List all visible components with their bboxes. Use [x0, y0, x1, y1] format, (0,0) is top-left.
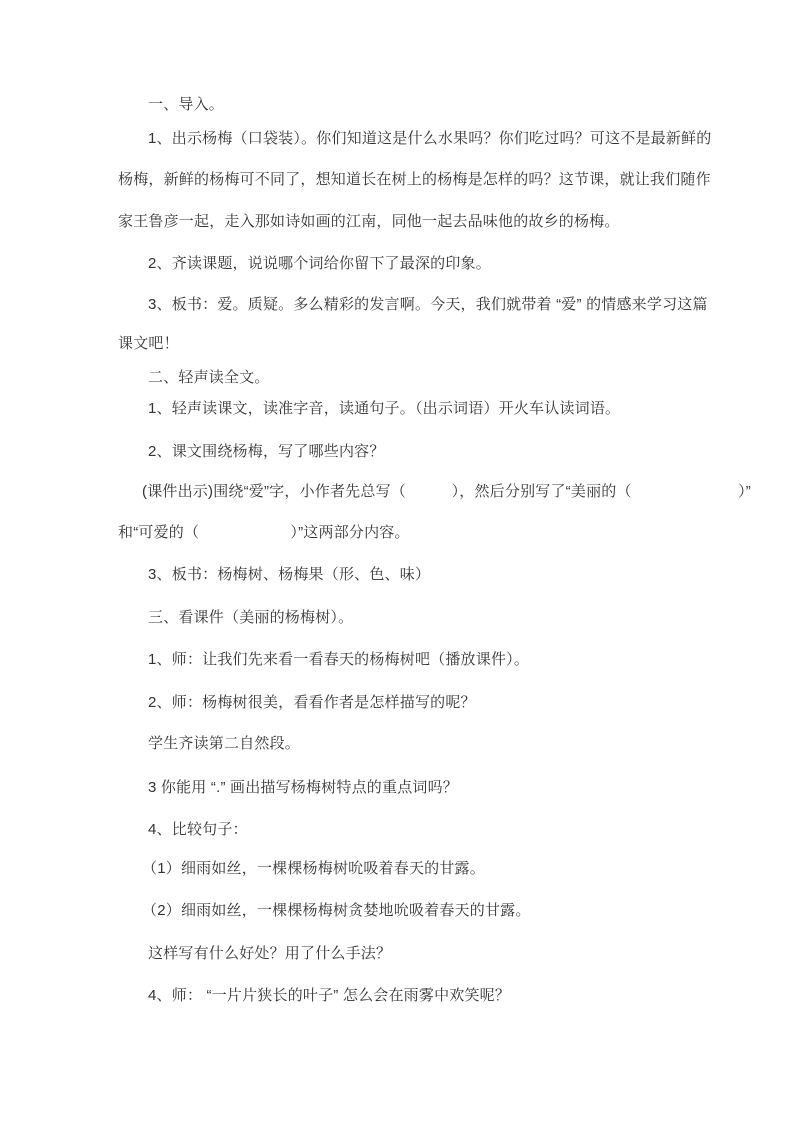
- text-line: 和“可爱的（ ）”这两部分内容。: [118, 522, 410, 544]
- text-line: 学生齐读第二自然段。: [148, 733, 300, 755]
- text-line: 家王鲁彦一起，走入那如诗如画的江南，同他一起去品味他的故乡的杨梅。: [118, 211, 620, 233]
- text-line: 3、板书：爱。质疑。多么精彩的发言啊。今天，我们就带着 “爱” 的情感来学习这篇: [148, 294, 708, 316]
- text-line: 2、齐读课题，说说哪个词给你留下了最深的印象。: [148, 253, 491, 275]
- document-page: 一、导入。1、出示杨梅（口袋装）。你们知道这是什么水果吗？你们吃过吗？可这不是最…: [0, 0, 800, 1132]
- text-line: 1、轻声读课文，读准字音，读通句子。（出示词语）开火车认读词语。: [148, 398, 620, 420]
- text-line: 杨梅，新鲜的杨梅可不同了，想知道长在树上的杨梅是怎样的吗？这节课，就让我们随作: [118, 169, 711, 191]
- text-line: 3 你能用 “.” 画出描写杨梅树特点的重点词吗？: [148, 777, 458, 799]
- text-line: 4、比较句子：: [148, 819, 248, 841]
- text-line: （2）细雨如丝，一棵棵杨梅树贪婪地吮吸着春天的甘露。: [142, 900, 531, 922]
- text-line: 3、板书：杨梅树、杨梅果（形、色、味）: [148, 564, 430, 586]
- text-line: 一、导入。: [148, 94, 224, 116]
- text-line: 三、看课件（美丽的杨梅树）。: [148, 607, 353, 629]
- text-line: 2、课文围绕杨梅，写了哪些内容？: [148, 441, 385, 463]
- text-line: 课文吧！: [118, 333, 179, 355]
- text-line: (课件出示)围绕“爱”字，小作者先总写（ ），然后分别写了“美丽的（ ）”: [142, 481, 751, 503]
- text-line: 这样写有什么好处？用了什么手法？: [148, 943, 391, 965]
- text-line: 4、师： “一片片狭长的叶子” 怎么会在雨雾中欢笑呢？: [148, 985, 510, 1007]
- text-line: 2、师：杨梅树很美，看看作者是怎样描写的呢？: [148, 692, 476, 714]
- text-line: （1）细雨如丝，一棵棵杨梅树吮吸着春天的甘露。: [142, 858, 485, 880]
- text-line: 1、师：让我们先来看一看春天的杨梅树吧（播放课件）。: [148, 649, 529, 671]
- text-line: 二、轻声读全文。: [148, 367, 270, 389]
- text-line: 1、出示杨梅（口袋装）。你们知道这是什么水果吗？你们吃过吗？可这不是最新鲜的: [148, 128, 711, 150]
